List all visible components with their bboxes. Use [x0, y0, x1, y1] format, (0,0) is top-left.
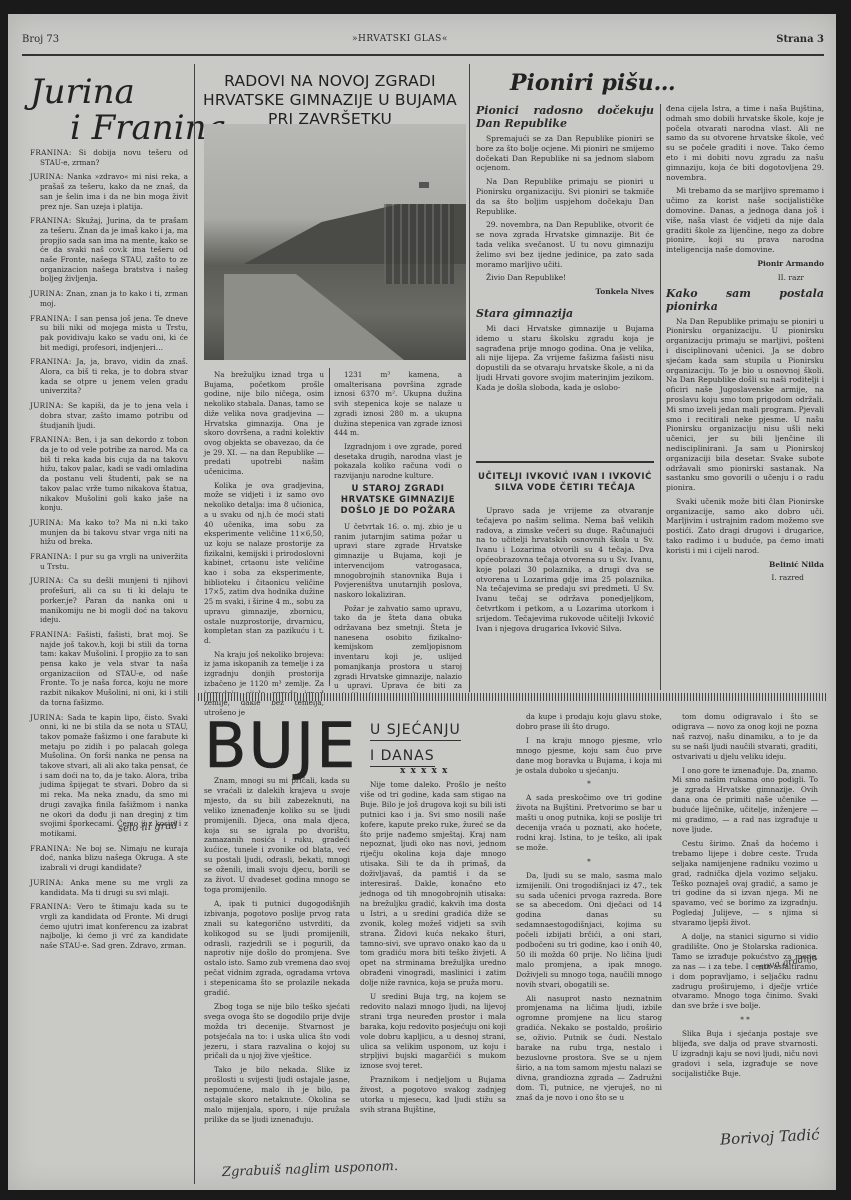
- paragraph: A sada preskočimo ove tri godine života …: [516, 793, 662, 852]
- dialogue-speaker: JURINA:: [30, 401, 64, 410]
- dialogue-speaker: JURINA:: [30, 713, 64, 722]
- jurina-title-line1: Jurina: [30, 72, 135, 112]
- gymnasium-photo: [204, 124, 466, 360]
- photo-scaffolding: [384, 204, 454, 284]
- dialogue-line: JURINA: Ca su dešli munjeni ti njihovi p…: [30, 576, 188, 625]
- paragraph: 29. novembra, na Dan Republike, otvorit …: [476, 220, 654, 269]
- paragraph: Izgradnjom i ove zgrade, pored desetaka …: [334, 442, 462, 481]
- column-rule: [660, 104, 661, 690]
- dialogue-line: JURINA: Nanka »zdravo« mi nisi reka, a p…: [30, 172, 188, 211]
- paragraph: Znam, mnogi su mi pričali, kada su se vr…: [204, 776, 350, 895]
- dialogue-speaker: FRANINA:: [30, 552, 72, 561]
- paragraph: Mi trebamo da se marljivo spremamo i uči…: [666, 186, 824, 255]
- dialogue-speaker: FRANINA:: [30, 630, 72, 639]
- dialogue-speaker: FRANINA:: [30, 357, 72, 366]
- paragraph: Tako je bilo nekada. Slike iz prošlosti …: [204, 1065, 350, 1124]
- buje-col4: tom domu odigravalo i što se odigrava — …: [672, 712, 818, 1083]
- paragraph: Na Dan Republike primaju se pioniri u Pi…: [666, 317, 824, 493]
- newspaper-name: »HRVATSKI GLAS«: [352, 34, 448, 44]
- ucitelji-article: Upravo sada je vrijeme za otvaranje teča…: [476, 506, 654, 637]
- paragraph: I na kraju mnogo pjesme, vrlo mnogo pjes…: [516, 736, 662, 776]
- dialogue-speaker: JURINA:: [30, 289, 64, 298]
- issue-number: Broj 73: [22, 34, 59, 45]
- paragraph: Požar je zahvatio samo upravu, tako da j…: [334, 604, 462, 701]
- buje-col3: da kupe i prodaju koju glavu stoke, dobr…: [516, 712, 662, 1107]
- ucitelji-headline: UČITELJI IVKOVIĆ IVAN I IVKOVIĆ SILVA VO…: [476, 472, 654, 494]
- paragraph: da kupe i prodaju koju glavu stoke, dobr…: [516, 712, 662, 732]
- paragraph: Praznikom i nedjeljom u Bujama živost, a…: [360, 1075, 506, 1115]
- dialogue-speaker: FRANINA:: [30, 435, 72, 444]
- dialogue-line: JURINA: Anka mene su me vrgli za kandida…: [30, 878, 188, 897]
- dialogue-line: JURINA: Se kapiši, da je to jena vela i …: [30, 401, 188, 430]
- dialogue-line: FRANINA: Ne boj se. Nimaju ne kuraja doć…: [30, 844, 188, 873]
- paragraph: U četvrtak 16. o. mj. zbio je u ranim ju…: [334, 522, 462, 600]
- dialogue-line: FRANINA: I pur su ga vrgli na univeržita…: [30, 552, 188, 571]
- paragraph: * *: [672, 1015, 818, 1025]
- paragraph: Ali nasuprot nasto neznatnim promjenama …: [516, 994, 662, 1103]
- buje-subtitle-1: U SJEĆANJU: [370, 722, 461, 741]
- article-signature: Tonkela Nives: [476, 287, 654, 297]
- ucitelji-text: Upravo sada je vrijeme za otvaranje teča…: [476, 506, 654, 633]
- pozar-article: U četvrtak 16. o. mj. zbio je u ranim ju…: [334, 522, 462, 705]
- dialogue-speaker: JURINA:: [30, 878, 64, 887]
- page-number: Strana 3: [776, 34, 824, 45]
- photo-flag: [419, 182, 429, 188]
- dialogue-speaker: FRANINA:: [30, 148, 72, 157]
- paragraph: Svaki učenik može biti član Pionirske or…: [666, 497, 824, 556]
- article-signature: Belinić Nilda: [666, 560, 824, 570]
- dialogue-line: FRANINA: I san pensa još jena. Te dneve …: [30, 314, 188, 353]
- column-rule: [194, 64, 195, 1184]
- paragraph: Da, ljudi su se malo, sasma malo izmijen…: [516, 871, 662, 990]
- column-rule: [329, 368, 330, 686]
- scan-border-top: [0, 0, 851, 14]
- pioniri-col2: đena cijela Istra, a time i naša Bujštin…: [666, 104, 824, 587]
- radovi-headline: RADOVI NA NOVOJ ZGRADI HRVATSKE GIMNAZIJ…: [200, 72, 460, 129]
- buje-col1: Znam, mnogi su mi pričali, kada su se vr…: [204, 776, 350, 1129]
- dialogue-speaker: JURINA:: [30, 518, 64, 527]
- section-hatch-divider: [198, 693, 826, 701]
- jurina-title: Jurina i Franina: [30, 74, 227, 146]
- page-header: Broj 73 »HRVATSKI GLAS« Strana 3: [22, 30, 824, 52]
- article-heading: Pionici radosno dočekuju Dan Republike: [476, 104, 654, 130]
- dialogue-text: Skužaj, Jurina, da te prašam za tešeru. …: [40, 216, 188, 283]
- dialogue-text: Fašisti, fašisti, brat moj. Se najde još…: [40, 630, 188, 707]
- paragraph: U sredini Buja trg, na kojem se redovito…: [360, 992, 506, 1071]
- dialogue-text: Ben, i ja san dekordo z tobon da je to o…: [40, 435, 188, 512]
- photo-slope: [224, 274, 404, 360]
- buje-stars-ornament: x x x x x: [400, 766, 448, 776]
- paragraph: Na Dan Republike primaju se pioniri u Pi…: [476, 177, 654, 216]
- paragraph: *: [516, 779, 662, 789]
- article-signature-class: II. razr: [666, 273, 824, 283]
- paragraph: Živio Dan Republike!: [476, 273, 654, 283]
- dialogue-line: FRANINA: Ja, ja, bravo, vidin da znaš. A…: [30, 357, 188, 396]
- dialogue-line: FRANINA: Ben, i ja san dekordo z tobon d…: [30, 435, 188, 513]
- paragraph: I ono gore te iznenađuje. Da, znamo. Mi …: [672, 766, 818, 835]
- dialogue-line: FRANINA: Vero te štimaju kada su te vrgl…: [30, 902, 188, 951]
- paragraph: Spremajući se za Dan Republike pioniri s…: [476, 134, 654, 173]
- radovi-col2: 1231 m³ kamena, a omalterisana površina …: [334, 370, 462, 485]
- pozar-headline: U STAROJ ZGRADI HRVATSKE GIMNAZIJE DOŠLO…: [334, 484, 462, 517]
- paragraph: Cestu širimo. Znaš da hoćemo i trebamo l…: [672, 839, 818, 928]
- header-rule: [22, 54, 824, 56]
- dialogue-line: JURINA: Znan, znan ja to kako i ti, zrma…: [30, 289, 188, 308]
- jurina-dialogue: FRANINA: Si dobija novu tešeru od STAU-e…: [30, 148, 188, 956]
- buje-title: BUJE: [204, 715, 357, 777]
- dialogue-speaker: JURINA:: [30, 172, 64, 181]
- paragraph: Na kraju još nekoliko brojeva: iz jama i…: [204, 650, 324, 718]
- dialogue-speaker: FRANINA:: [30, 216, 72, 225]
- jurina-title-line2: i Franina: [30, 110, 227, 146]
- article-signature: Pionir Armando: [666, 259, 824, 269]
- paragraph: A dolje, na stanici sigurno si vidio gra…: [672, 932, 818, 1011]
- article-signature-class: I. razred: [666, 573, 824, 583]
- paragraph: Zbog toga se nije bilo teško sjećati sve…: [204, 1002, 350, 1061]
- buje-col2: Nije tome daleko. Prošlo je nešto više o…: [360, 780, 506, 1119]
- dialogue-speaker: JURINA:: [30, 576, 64, 585]
- dialogue-line: FRANINA: Skužaj, Jurina, da te prašam za…: [30, 216, 188, 284]
- paragraph: Kolika je ova gradjevina, može se vidjet…: [204, 481, 324, 646]
- paragraph: 1231 m³ kamena, a omalterisana površina …: [334, 370, 462, 438]
- paragraph: tom domu odigravalo i što se odigrava — …: [672, 712, 818, 762]
- pioniri-title: Pioniri pišu…: [510, 70, 676, 96]
- dialogue-speaker: FRANINA:: [30, 314, 72, 323]
- paragraph: Na brežuljku iznad trga u Bujama, početk…: [204, 370, 324, 477]
- section-divider: [476, 461, 654, 463]
- paragraph: Nije tome daleko. Prošlo je nešto više o…: [360, 780, 506, 988]
- pioniri-col1: Pionici radosno dočekuju Dan RepublikeSp…: [476, 104, 654, 397]
- article-heading: Kako sam postala pionirka: [666, 287, 824, 313]
- dialogue-text: Sada te kapin lipo, čisto. Svaki onni, k…: [40, 713, 188, 838]
- radovi-col1: Na brežuljku iznad trga u Bujama, početk…: [204, 370, 324, 722]
- column-rule: [469, 64, 470, 692]
- dialogue-line: JURINA: Sada te kapin lipo, čisto. Svaki…: [30, 713, 188, 839]
- paragraph: Slika Buja i sjećanja postaje sve blijeđ…: [672, 1029, 818, 1079]
- dialogue-line: FRANINA: Fašisti, fašisti, brat moj. Se …: [30, 630, 188, 708]
- paragraph: Mi daci Hrvatske gimnazije u Bujama idem…: [476, 324, 654, 393]
- paragraph: A, ipak ti putnici dugogodišnjih izbivan…: [204, 899, 350, 998]
- article-heading: Stara gimnazija: [476, 307, 654, 320]
- dialogue-line: FRANINA: Si dobija novu tešeru od STAU-e…: [30, 148, 188, 167]
- dialogue-speaker: FRANINA:: [30, 844, 72, 853]
- dialogue-speaker: FRANINA:: [30, 902, 72, 911]
- buje-subtitle-2: I DANAS: [370, 748, 435, 767]
- dialogue-line: JURINA: Ma kako to? Ma ni n.ki tako munj…: [30, 518, 188, 547]
- paragraph-continued: đena cijela Istra, a time i naša Bujštin…: [666, 104, 824, 182]
- paragraph: *: [516, 857, 662, 867]
- scan-border-right: [836, 0, 851, 1200]
